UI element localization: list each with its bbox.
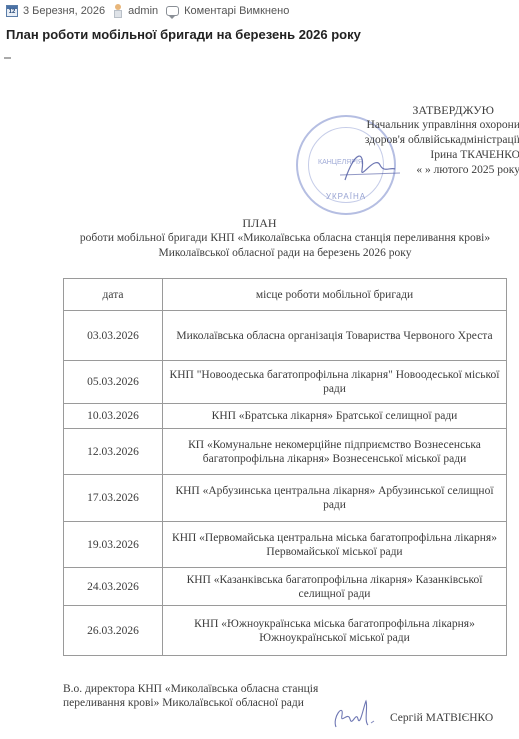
table-row: 26.03.2026 КНП «Южноукраїнська міська ба…	[64, 606, 507, 656]
approval-line: здоров'я облвійськадміністрації	[320, 133, 519, 148]
approval-line: « » лютого 2025 року	[320, 163, 519, 178]
table-row: 19.03.2026 КНП «Первомайська центральна …	[64, 522, 507, 568]
approval-line: Начальник управління охорони	[320, 118, 519, 133]
table-row: 10.03.2026 КНП «Братська лікарня» Братсь…	[64, 404, 507, 429]
plan-subtitle: роботи мобільної бригади КНП «Миколаївсь…	[60, 231, 510, 261]
signatory-position: В.о. директора КНП «Миколаївська обласна…	[63, 682, 323, 710]
approval-block: ЗАТВЕРДЖУЮ Начальник управління охорони …	[320, 103, 519, 178]
scanned-document-image[interactable]: КАНЦЕЛЯРІЯ УКРАЇНА ЗАТВЕРДЖУЮ Начальник …	[0, 60, 519, 739]
author-icon	[113, 4, 123, 18]
row-date: 05.03.2026	[64, 361, 163, 404]
post-date: 3 Березня, 2026	[23, 5, 105, 17]
image-edge-marker	[4, 57, 11, 59]
signatory-name: Сергій МАТВІЄНКО	[390, 712, 493, 724]
approval-heading: ЗАТВЕРДЖУЮ	[320, 103, 519, 118]
calendar-icon: 12	[6, 5, 18, 17]
row-place: КНП "Новоодеська багатопрофільна лікарня…	[163, 361, 507, 404]
author-link[interactable]: admin	[128, 5, 158, 17]
table-header-row: дата місце роботи мобільної бригади	[64, 279, 507, 311]
row-place: КНП «Первомайська центральна міська бага…	[163, 522, 507, 568]
table-row: 24.03.2026 КНП «Казанківська багатопрофі…	[64, 568, 507, 606]
row-place: КНП «Арбузинська центральна лікарня» Арб…	[163, 475, 507, 522]
comments-status: Коментарі Вимкнено	[184, 5, 289, 17]
approval-line: Ірина ТКАЧЕНКО	[320, 148, 519, 163]
table-row: 03.03.2026 Миколаївська обласна організа…	[64, 311, 507, 361]
row-place: Миколаївська обласна організація Товарис…	[163, 311, 507, 361]
header-place: місце роботи мобільної бригади	[163, 279, 507, 311]
row-date: 24.03.2026	[64, 568, 163, 606]
row-place: КНП «Южноукраїнська міська багатопрофіль…	[163, 606, 507, 656]
post-title[interactable]: План роботи мобільної бригади на березен…	[6, 27, 361, 42]
table-row: 05.03.2026 КНП "Новоодеська багатопрофіл…	[64, 361, 507, 404]
row-date: 03.03.2026	[64, 311, 163, 361]
row-place: КНП «Братська лікарня» Братської селищно…	[163, 404, 507, 429]
table-row: 12.03.2026 КП «Комунальне некомерційне п…	[64, 429, 507, 475]
row-date: 26.03.2026	[64, 606, 163, 656]
post-meta: 12 3 Березня, 2026 admin Коментарі Вимкн…	[6, 3, 297, 19]
row-date: 12.03.2026	[64, 429, 163, 475]
plan-title: ПЛАН	[0, 216, 519, 230]
row-date: 19.03.2026	[64, 522, 163, 568]
director-signature	[330, 697, 380, 733]
row-place: КП «Комунальне некомерційне підприємство…	[163, 429, 507, 475]
comment-icon	[166, 6, 179, 16]
table-row: 17.03.2026 КНП «Арбузинська центральна л…	[64, 475, 507, 522]
row-date: 17.03.2026	[64, 475, 163, 522]
row-place: КНП «Казанківська багатопрофільна лікарн…	[163, 568, 507, 606]
row-date: 10.03.2026	[64, 404, 163, 429]
header-date: дата	[64, 279, 163, 311]
schedule-table: дата місце роботи мобільної бригади 03.0…	[63, 278, 507, 656]
